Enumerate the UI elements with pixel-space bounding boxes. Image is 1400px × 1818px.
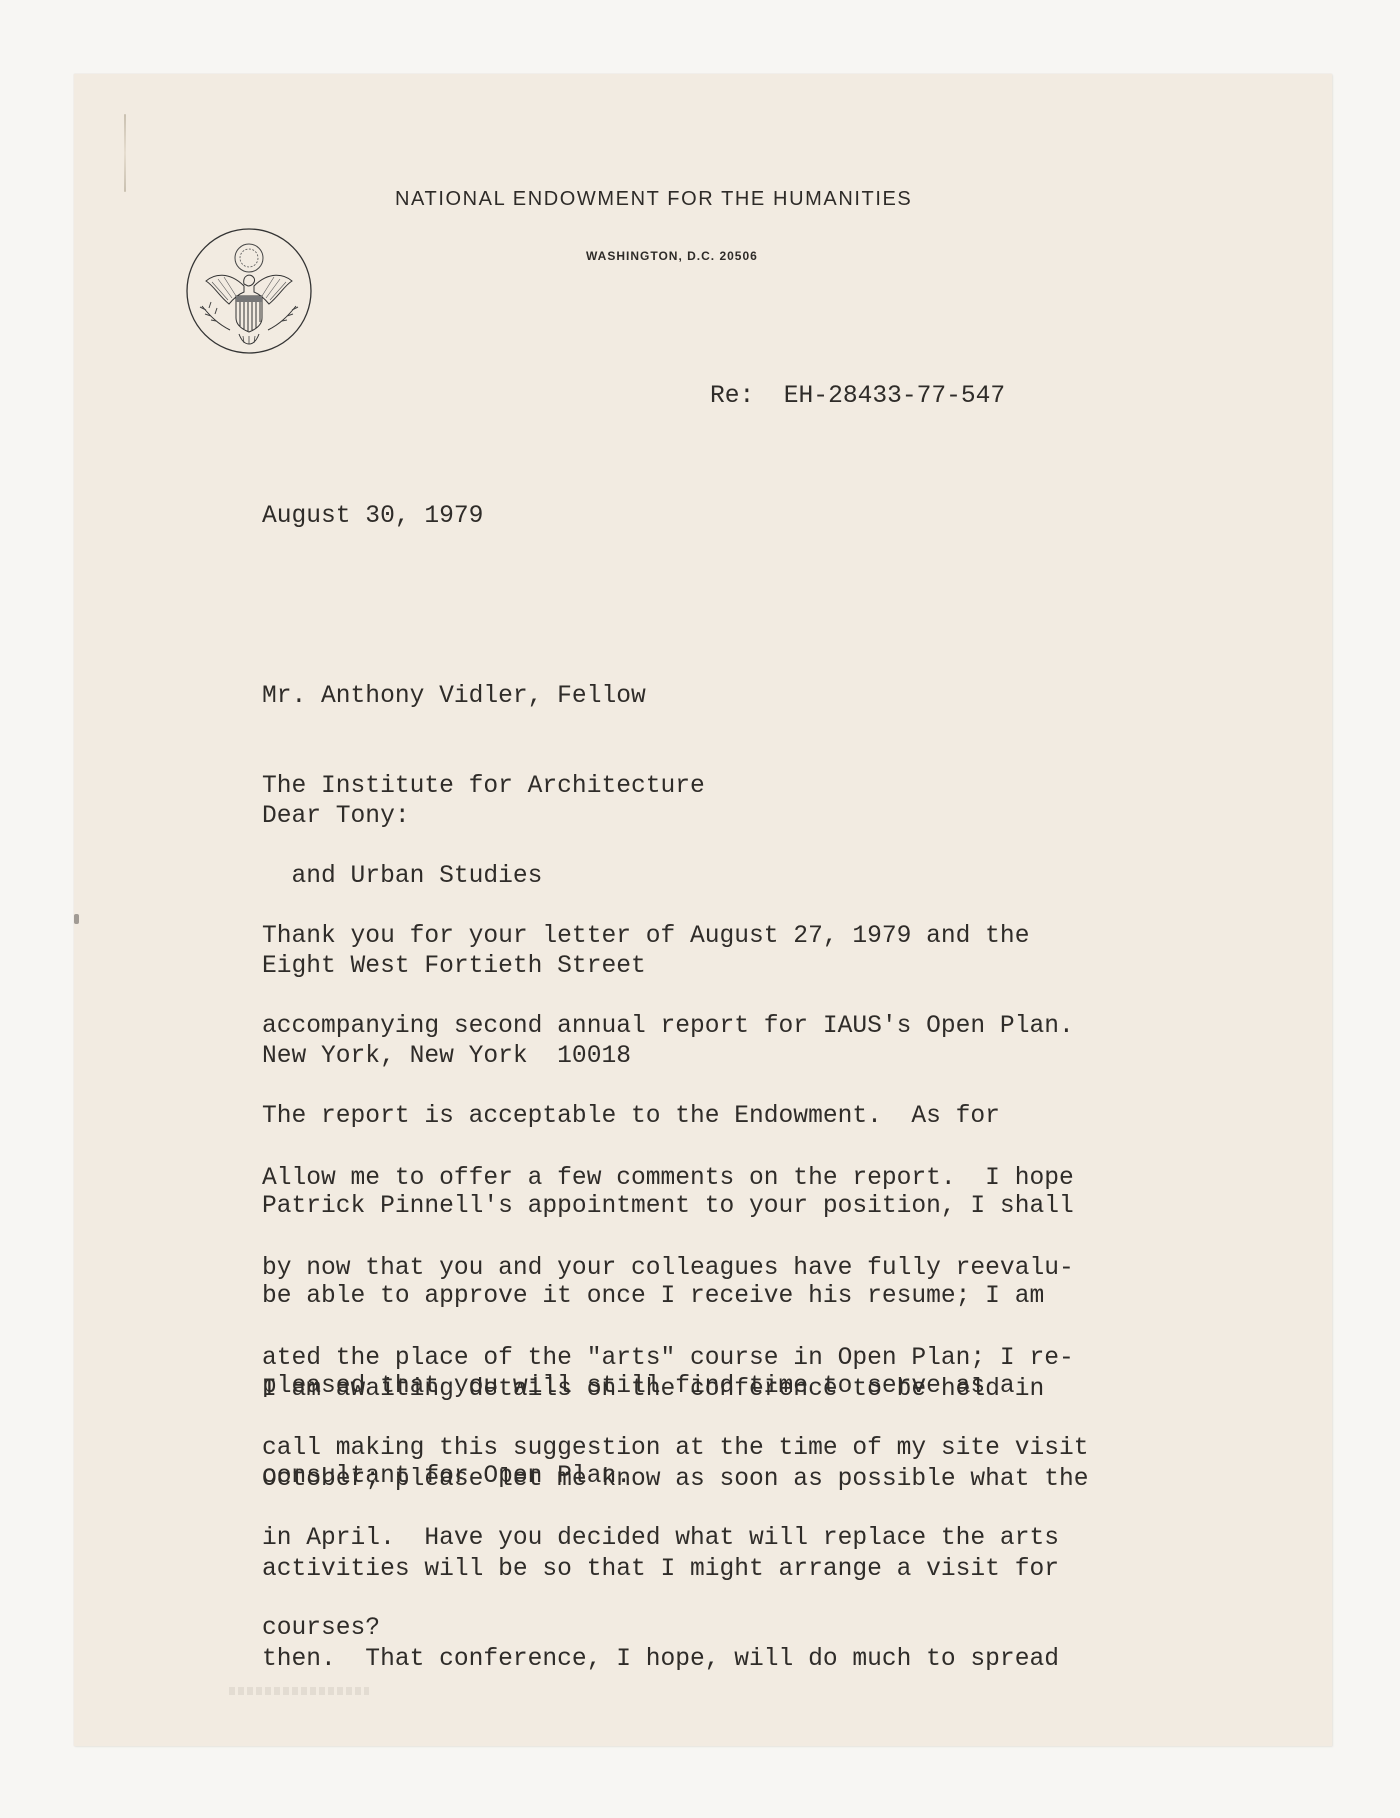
letter-page: NATIONAL ENDOWMENT FOR THE HUMANITIES WA… (74, 74, 1332, 1746)
reference-number: Re: EH-28433-77-547 (710, 382, 1005, 412)
letterhead-address: WASHINGTON, D.C. 20506 (586, 249, 758, 263)
body-line: by now that you and your colleagues have… (262, 1254, 1089, 1284)
letter-date: August 30, 1979 (262, 502, 483, 532)
body-line: Thank you for your letter of August 27, … (262, 922, 1074, 952)
letterhead-organization: NATIONAL ENDOWMENT FOR THE HUMANITIES (395, 188, 1095, 211)
body-line: accompanying second annual report for IA… (262, 1012, 1074, 1042)
recipient-institution: The Institute for Architecture (262, 772, 705, 802)
salutation: Dear Tony: (262, 802, 410, 832)
body-line: I am awaiting details on the conference … (262, 1375, 1089, 1405)
staple-mark (124, 114, 126, 192)
body-line: October; please let me know as soon as p… (262, 1465, 1089, 1495)
edge-mark (74, 914, 79, 924)
body-paragraph-3: I am awaiting details on the conference … (262, 1315, 1089, 1735)
great-seal-icon (184, 226, 314, 356)
recipient-name: Mr. Anthony Vidler, Fellow (262, 682, 705, 712)
bleed-through-mark (229, 1687, 369, 1695)
body-line: Allow me to offer a few comments on the … (262, 1164, 1089, 1194)
body-line: activities will be so that I might arran… (262, 1555, 1089, 1585)
body-line: then. That conference, I hope, will do m… (262, 1645, 1089, 1675)
